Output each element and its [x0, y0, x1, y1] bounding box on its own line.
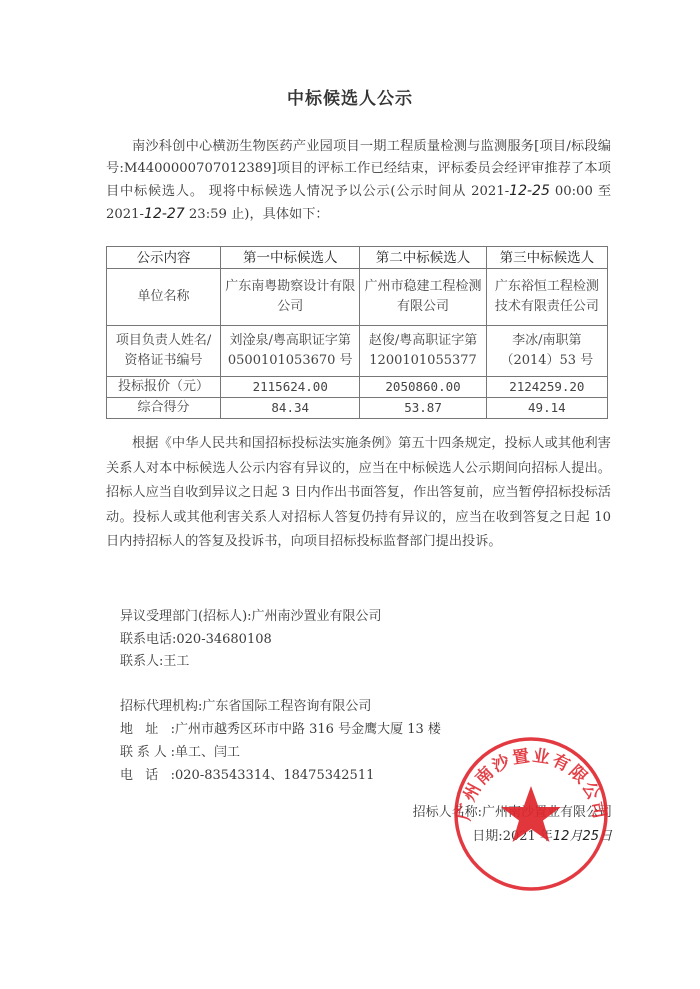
objection-person-value: 王工	[163, 654, 189, 669]
table-cell: 2050860.00	[360, 377, 486, 398]
table-row: 项目负责人姓名/资格证书编号 刘淦泉/粤高职证字第 0500101053670 …	[107, 326, 608, 377]
tenderer-label: 招标人名称:	[413, 805, 482, 820]
handwritten-start-date: 12-25	[509, 183, 550, 199]
table-cell: 广东南粤勘察设计有限公司	[221, 269, 360, 326]
table-cell: 广州市稳建工程检测有限公司	[360, 269, 486, 326]
address-value: 广州市越秀区环市中路 316 号金鹰大厦 13 楼	[175, 722, 441, 737]
header-content: 公示内容	[107, 247, 221, 269]
legal-notice: 根据《中华人民共和国招标投标法实施条例》第五十四条规定，投标人或其他利害关系人对…	[106, 432, 611, 555]
intro-paragraph: 南沙科创中心横沥生物医药产业园项目一期工程质量检测与监测服务[项目/标段编号:M…	[106, 136, 611, 226]
header-first-candidate: 第一中标候选人	[221, 247, 360, 269]
objection-dept-line: 异议受理部门(招标人):广州南沙置业有限公司	[120, 606, 382, 629]
table-cell: 李冰/南职第（2014）53 号	[486, 326, 607, 377]
objection-person-label: 联系人:	[120, 654, 163, 669]
table-row: 综合得分 84.34 53.87 49.14	[107, 398, 608, 419]
objection-dept-label: 异议受理部门(招标人):	[120, 609, 252, 624]
page-title: 中标候选人公示	[0, 84, 700, 109]
handwritten-date: 12月25日	[553, 829, 612, 844]
table-header-row: 公示内容 第一中标候选人 第二中标候选人 第三中标候选人	[107, 247, 608, 269]
header-third-candidate: 第三中标候选人	[486, 247, 607, 269]
agency-label: 招标代理机构:	[120, 699, 202, 714]
table-cell: 2124259.20	[486, 377, 607, 398]
table-cell: 赵俊/粤高职证字第 1200101055377	[360, 326, 486, 377]
date-line: 日期:2021 年12月25日	[413, 825, 612, 849]
table-cell: 49.14	[486, 398, 607, 419]
table-cell: 84.34	[221, 398, 360, 419]
signature-block: 招标人名称:广州南沙置业有限公司 日期:2021 年12月25日	[413, 801, 612, 849]
agency-phone-label: 电话:	[120, 764, 175, 787]
tenderer-value: 广州南沙置业有限公司	[482, 805, 612, 820]
legal-notice-text: 根据《中华人民共和国招标投标法实施条例》第五十四条规定，投标人或其他利害关系人对…	[106, 432, 611, 555]
objection-phone-value: 020-34680108	[176, 632, 271, 647]
address-label: 地址:	[120, 718, 175, 741]
agency-value: 广东省国际工程咨询有限公司	[202, 699, 371, 714]
objection-contact-block: 异议受理部门(招标人):广州南沙置业有限公司 联系电话:020-34680108…	[120, 606, 382, 674]
row-label: 投标报价（元）	[107, 377, 221, 398]
objection-person-line: 联系人:王工	[120, 651, 382, 674]
header-second-candidate: 第二中标候选人	[360, 247, 486, 269]
row-label: 综合得分	[107, 398, 221, 419]
date-year: 2021 年	[503, 829, 553, 844]
table-cell: 刘淦泉/粤高职证字第 0500101053670 号	[221, 326, 360, 377]
agency-person-label: 联系人:	[120, 741, 175, 764]
agency-phone-line: 电话:020-83543314、18475342511	[120, 764, 441, 787]
agency-person-line: 联系人:单工、闫工	[120, 741, 441, 764]
objection-phone-label: 联系电话:	[120, 632, 176, 647]
row-label: 单位名称	[107, 269, 221, 326]
table-row: 投标报价（元） 2115624.00 2050860.00 2124259.20	[107, 377, 608, 398]
table-cell: 广东裕恒工程检测技术有限责任公司	[486, 269, 607, 326]
table-cell: 53.87	[360, 398, 486, 419]
objection-dept-value: 广州南沙置业有限公司	[252, 609, 382, 624]
date-label: 日期:	[472, 829, 502, 844]
table-row: 单位名称 广东南粤勘察设计有限公司 广州市稳建工程检测有限公司 广东裕恒工程检测…	[107, 269, 608, 326]
intro-text-end: 23:59 止)，具体如下：	[185, 207, 329, 222]
agency-person-value: 单工、闫工	[175, 745, 240, 760]
candidates-table: 公示内容 第一中标候选人 第二中标候选人 第三中标候选人 单位名称 广东南粤勘察…	[106, 246, 608, 419]
row-label: 项目负责人姓名/资格证书编号	[107, 326, 221, 377]
table-cell: 2115624.00	[221, 377, 360, 398]
agency-line: 招标代理机构:广东省国际工程咨询有限公司	[120, 695, 441, 718]
agency-contact-block: 招标代理机构:广东省国际工程咨询有限公司 地址:广州市越秀区环市中路 316 号…	[120, 695, 441, 787]
handwritten-end-date: 12-27	[144, 206, 185, 222]
address-line: 地址:广州市越秀区环市中路 316 号金鹰大厦 13 楼	[120, 718, 441, 741]
agency-phone-value: 020-83543314、18475342511	[175, 768, 374, 783]
objection-phone-line: 联系电话:020-34680108	[120, 629, 382, 652]
tenderer-line: 招标人名称:广州南沙置业有限公司	[413, 801, 612, 825]
